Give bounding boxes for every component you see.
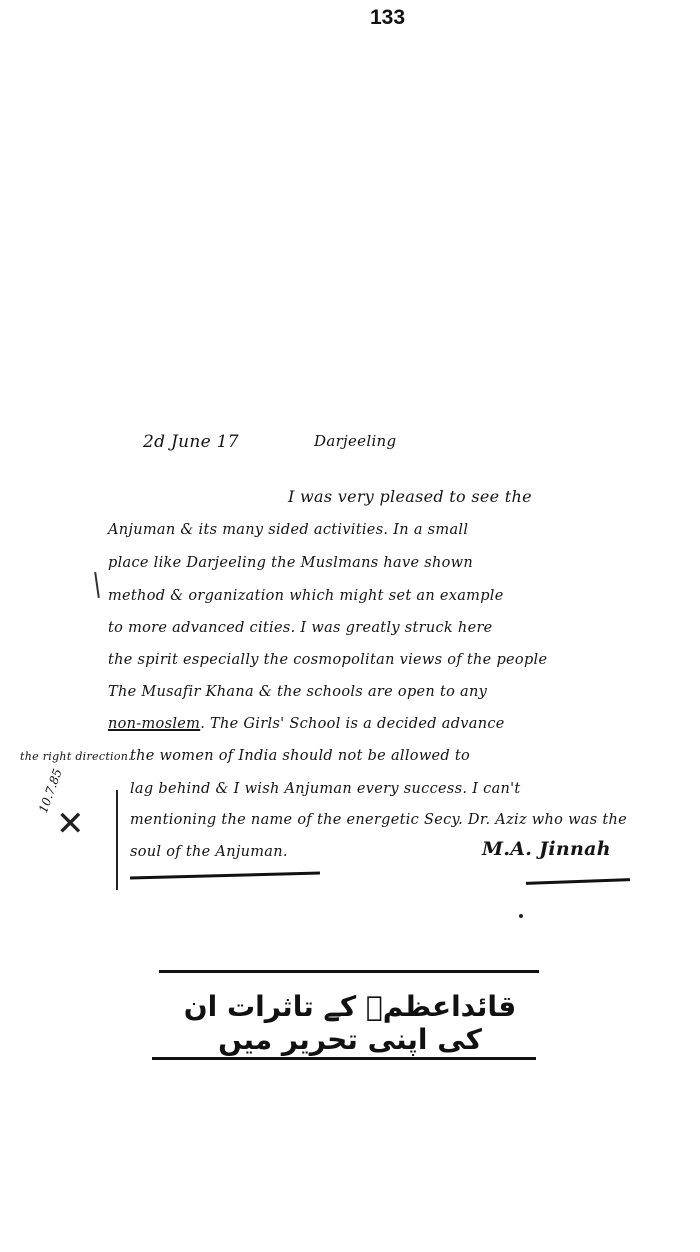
ink-dot: [519, 914, 523, 918]
letter-line-4: method & organization which might set an…: [108, 588, 504, 604]
letter-line-8: non-moslem. The Girls' School is a decid…: [108, 716, 505, 732]
letter-place: Darjeeling: [314, 432, 396, 450]
caption-rule-top: [159, 970, 539, 973]
cross-mark-icon: ✕: [56, 804, 85, 844]
letter-line-8-rest: . The Girls' School is a decided advance: [200, 716, 504, 732]
margin-note: the right direction.: [20, 750, 132, 763]
letter-line-5: to more advanced cities. I was greatly s…: [108, 620, 493, 636]
signature-underline: [526, 878, 630, 885]
letter-line-3: place like Darjeeling the Muslmans have …: [108, 555, 473, 571]
underline-stroke: [130, 872, 320, 880]
letter-line-6: the spirit especially the cosmopolitan v…: [108, 652, 547, 668]
letter-line-10: lag behind & I wish Anjuman every succes…: [130, 781, 521, 797]
page-number: 133: [370, 6, 405, 30]
margin-mark: [94, 572, 100, 598]
letter-line-2: Anjuman & its many sided activities. In …: [108, 522, 468, 538]
urdu-caption: قائداعظمؒ کے تاثرات ان کی اپنی تحریر میں: [160, 990, 540, 1056]
signature: M.A. Jinnah: [482, 838, 611, 860]
margin-bar: [116, 790, 118, 890]
letter-line-7: The Musafir Khana & the schools are open…: [108, 684, 487, 700]
underlined-word: non-moslem: [108, 716, 200, 732]
letter-line-9: the women of India should not be allowed…: [130, 748, 470, 764]
letter-line-11: mentioning the name of the energetic Sec…: [130, 812, 627, 828]
letter-line-1: I was very pleased to see the: [288, 487, 532, 506]
caption-rule-bottom: [152, 1057, 536, 1060]
letter-line-12: soul of the Anjuman.: [130, 844, 288, 860]
letter-date: 2d June 17: [143, 432, 239, 452]
